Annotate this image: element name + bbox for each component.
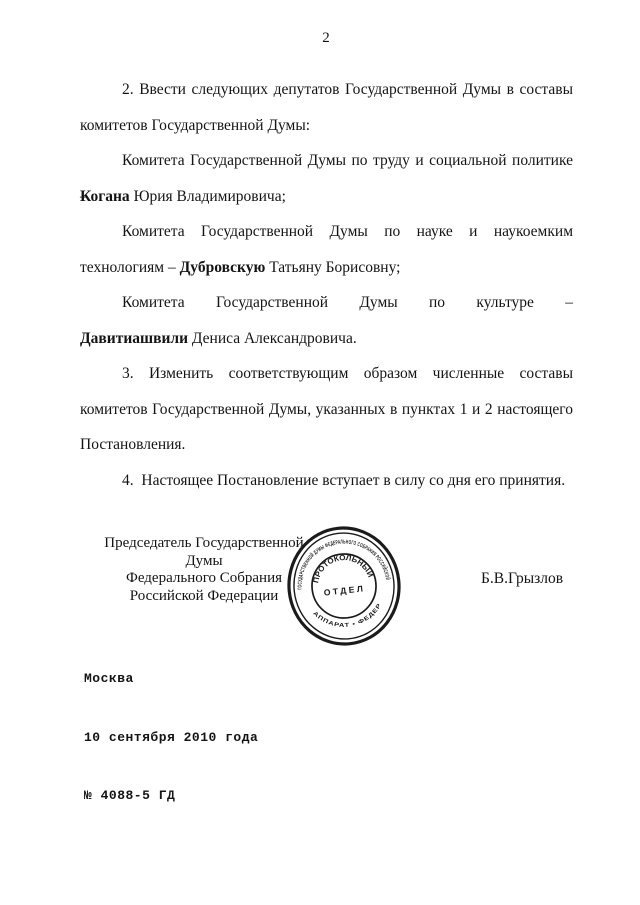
body-line-2: комитетов Государственной Думы: — [80, 108, 573, 144]
body-text-segment: комитетов Государственной Думы: — [80, 117, 310, 134]
body-line-3: Комитета Государственной Думы по труду и… — [80, 143, 573, 179]
page-number: 2 — [0, 30, 640, 47]
body-line-7: Комитета Государственной Думы по культур… — [80, 285, 573, 321]
body-text-segment: Комитета Государственной Думы по культур… — [122, 294, 573, 311]
body-text-segment: 4. Настоящее Постановление вступает в си… — [122, 472, 565, 489]
official-stamp: ГОСУДАРСТВЕННОЙ ДУМЫ ФЕДЕРАЛЬНОГО СОБРАН… — [284, 522, 408, 652]
body-text-segment: 2. Ввести следующих депутатов Государств… — [122, 81, 573, 98]
body-line-11: Постановления. — [80, 427, 573, 463]
footer-block: Москва 10 сентября 2010 года № 4088-5 ГД — [84, 630, 258, 845]
body-line-10: комитетов Государственной Думы, указанны… — [80, 392, 573, 428]
body-line-5: Комитета Государственной Думы по науке и… — [80, 214, 573, 250]
body-line-12: 4. Настоящее Постановление вступает в си… — [80, 463, 573, 499]
body-line-6: технологиям – Дубровскую Татьяну Борисов… — [80, 250, 573, 286]
body-text-segment: Давитиашвили — [80, 330, 188, 347]
document-page: 2 2. Ввести следующих депутатов Государс… — [0, 0, 640, 905]
body-text-segment: технологиям – — [80, 259, 180, 276]
stamp-rings: ГОСУДАРСТВЕННОЙ ДУМЫ ФЕДЕРАЛЬНОГО СОБРАН… — [284, 522, 405, 650]
body-text-segment: комитетов Государственной Думы, указанны… — [80, 401, 573, 418]
body-text-segment: Дениса Александровича. — [188, 330, 357, 347]
body-text-segment: Татьяну Борисовну; — [265, 259, 400, 276]
body-text-segment: Комитета Государственной Думы по науке и… — [122, 223, 573, 240]
stamp-arc-label: ПРОТОКОЛЬНЫЙ — [309, 550, 376, 585]
body-text-segment: 3. Изменить соответствующим образом числ… — [122, 365, 573, 382]
body-text-segment: Юрия Владимировича; — [130, 188, 286, 205]
body-line-4: Когана Юрия Владимировича; — [80, 179, 573, 215]
body-text-segment: Постановления. — [80, 436, 185, 453]
signatory-name: Б.В.Грызлов — [481, 570, 563, 587]
footer-number: № 4088-5 ГД — [84, 786, 258, 806]
document-body: 2. Ввести следующих депутатов Государств… — [80, 72, 573, 498]
footer-date: 10 сентября 2010 года — [84, 728, 258, 748]
body-line-1: 2. Ввести следующих депутатов Государств… — [80, 72, 573, 108]
body-text-segment: Когана — [80, 188, 130, 205]
body-line-8: Давитиашвили Дениса Александровича. — [80, 321, 573, 357]
footer-city: Москва — [84, 669, 258, 689]
body-line-9: 3. Изменить соответствующим образом числ… — [80, 356, 573, 392]
body-text-segment: Дубровскую — [180, 259, 266, 276]
stamp-center-label: ОТДЕЛ — [323, 583, 365, 597]
